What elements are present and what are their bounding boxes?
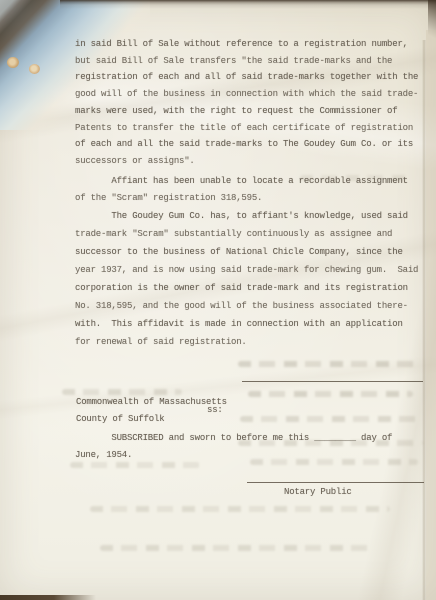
photo-background: in said Bill of Sale without reference t…: [0, 0, 436, 600]
jurat-date-line: June, 1954.: [75, 450, 132, 460]
body-line: No. 318,595, and the good will of the bu…: [75, 297, 418, 315]
body-line: with. This affidavit is made in connecti…: [75, 315, 418, 333]
body-line: year 1937, and is now using said trade-m…: [75, 261, 418, 279]
notary-public-label: Notary Public: [284, 487, 352, 497]
bleed-through-smudge: [238, 361, 420, 367]
body-line: of each and all the said trade-marks to …: [75, 136, 418, 153]
affidavit-paragraph-3: The Goudey Gum Co. has, to affiant's kno…: [75, 207, 418, 351]
paper-right-edge-band: [426, 30, 436, 600]
venue-ss: ss:: [207, 405, 223, 415]
bleed-through-smudge: [100, 545, 370, 551]
bleed-through-smudge: [90, 506, 390, 512]
venue-county: County of Suffolk: [76, 414, 164, 424]
paper-crease-right: [422, 40, 426, 600]
body-line: trade-mark "Scram" substantially continu…: [75, 225, 418, 243]
body-line: The Goudey Gum Co. has, to affiant's kno…: [75, 207, 418, 225]
bleed-through-smudge: [250, 459, 418, 465]
bleed-through-smudge: [248, 391, 413, 397]
affidavit-page: in said Bill of Sale without reference t…: [0, 0, 436, 600]
page-bottom-left-edge-shadow: [0, 595, 120, 600]
body-line: in said Bill of Sale without reference t…: [75, 36, 418, 53]
body-line: marks were used, with the right to reque…: [75, 103, 418, 120]
paper-stain: [29, 64, 40, 74]
body-line: but said Bill of Sale transfers "the sai…: [75, 53, 418, 70]
notary-signature-line: [247, 482, 424, 483]
body-line: corporation is the owner of said trade-m…: [75, 279, 418, 297]
body-line: successor to the business of National Ch…: [75, 243, 418, 261]
body-line: Patents to transfer the title of each ce…: [75, 120, 418, 137]
affidavit-paragraph-2: Affiant has been unable to locate a reco…: [75, 173, 408, 207]
venue-state: Commonwealth of Massachusetts: [76, 397, 227, 407]
paper-stain: [7, 57, 19, 68]
body-line: for renewal of said registration.: [75, 333, 418, 351]
bleed-through-smudge: [70, 462, 200, 468]
body-line: successors or assigns".: [75, 153, 418, 170]
bleed-through-smudge: [62, 389, 182, 395]
jurat-subscribed-line: SUBSCRIBED and sworn to before me this _…: [75, 433, 392, 443]
affiant-signature-line: [242, 381, 423, 382]
page-top-edge-shadow: [60, 0, 436, 9]
body-line: of the "Scram" registration 318,595.: [75, 190, 408, 207]
bleed-through-smudge: [240, 416, 418, 422]
body-line: good will of the business in connection …: [75, 86, 418, 103]
affidavit-paragraph-1: in said Bill of Sale without reference t…: [75, 36, 418, 170]
body-line: Affiant has been unable to locate a reco…: [75, 173, 408, 190]
body-line: registration of each and all of said tra…: [75, 69, 418, 86]
page-top-right-edge-shadow: [428, 0, 436, 48]
